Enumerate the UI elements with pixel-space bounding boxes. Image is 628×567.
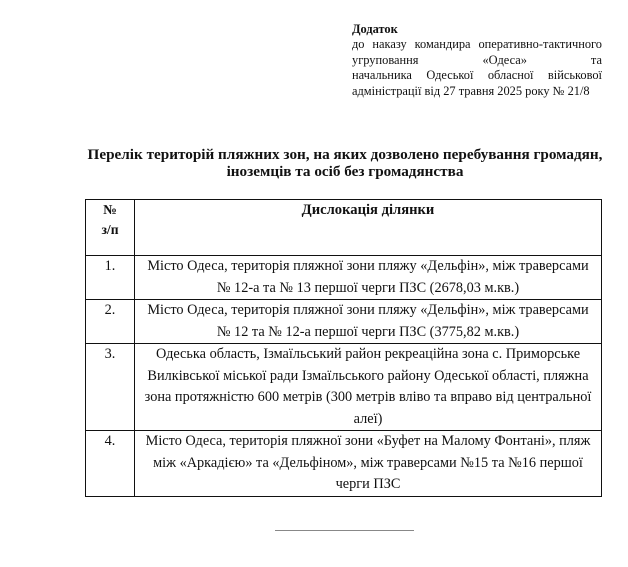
row-number: 4. <box>86 431 135 497</box>
appendix-line: начальника Одеської обласної військової <box>352 68 602 83</box>
table-row: 3. Одеська область, Ізмаїльський район р… <box>86 344 602 431</box>
row-number: 1. <box>86 256 135 300</box>
appendix-line: адміністрації від 27 травня 2025 року № … <box>352 84 602 99</box>
beach-zones-table: № з/п Дислокація ділянки 1. Місто Одеса,… <box>85 199 602 497</box>
column-header-number: № з/п <box>86 200 135 256</box>
row-location: Місто Одеса, територія пляжної зони «Буф… <box>135 431 602 497</box>
table-header-row: № з/п Дислокація ділянки <box>86 200 602 256</box>
row-location: Одеська область, Ізмаїльський район рекр… <box>135 344 602 431</box>
table-row: 4. Місто Одеса, територія пляжної зони «… <box>86 431 602 497</box>
column-header-location: Дислокація ділянки <box>135 200 602 256</box>
table-row: 1. Місто Одеса, територія пляжної зони п… <box>86 256 602 300</box>
appendix-block: Додаток до наказу командира оперативно-т… <box>352 22 602 99</box>
column-header-number-line: з/п <box>92 220 128 240</box>
document-title: Перелік територій пляжних зон, на яких д… <box>80 146 610 180</box>
document-title-line: Перелік територій пляжних зон, на яких д… <box>80 146 610 163</box>
table-row: 2. Місто Одеса, територія пляжної зони п… <box>86 300 602 344</box>
row-number: 3. <box>86 344 135 431</box>
column-header-number-line: № <box>92 200 128 220</box>
separator-line <box>275 530 414 531</box>
appendix-title: Додаток <box>352 22 602 37</box>
row-number: 2. <box>86 300 135 344</box>
appendix-line: до наказу командира оперативно-тактичног… <box>352 37 602 52</box>
row-location: Місто Одеса, територія пляжної зони пляж… <box>135 256 602 300</box>
appendix-line: угруповання «Одеса» та <box>352 53 602 68</box>
document-title-line: іноземців та осіб без громадянства <box>80 163 610 180</box>
row-location: Місто Одеса, територія пляжної зони пляж… <box>135 300 602 344</box>
